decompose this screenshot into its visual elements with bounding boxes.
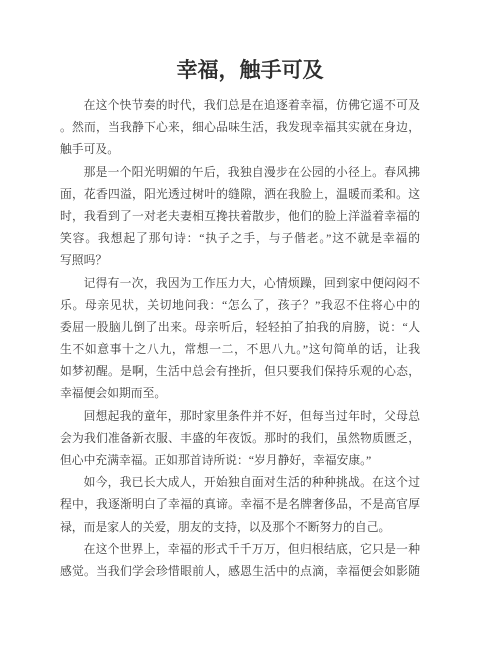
document-body: 在这个快节奏的时代，我们总是在追逐着幸福，仿佛它遥不可及。然而，当我静下心来，细…	[60, 94, 420, 582]
text-line: 禄，而是家人的关爱，朋友的支持，以及那个不断努力的自己。	[60, 516, 420, 538]
text-line: 生不如意事十之八九，常想一二，不思八九。”这句简单的话，让我	[60, 338, 420, 360]
text-line: 幸福便会如期而至。	[60, 382, 420, 404]
text-line: 感觉。当我们学会珍惜眼前人，感恩生活中的点滴，幸福便会如影随	[60, 560, 420, 582]
text-line: 那是一个阳光明媚的午后，我独自漫步在公园的小径上。春风拂	[60, 161, 420, 183]
text-line: 记得有一次，我因为工作压力大，心情烦躁，回到家中便闷闷不	[60, 272, 420, 294]
text-line: 写照吗？	[60, 249, 420, 271]
paragraph: 记得有一次，我因为工作压力大，心情烦躁，回到家中便闷闷不乐。母亲见状，关切地问我…	[60, 272, 420, 405]
text-line: 触手可及。	[60, 138, 420, 160]
text-line: 程中，我逐渐明白了幸福的真谛。幸福不是名牌奢侈品，不是高官厚	[60, 493, 420, 515]
document-title: 幸福，触手可及	[0, 56, 500, 84]
text-line: 回想起我的童年，那时家里条件并不好，但每当过年时，父母总	[60, 405, 420, 427]
text-line: 但心中充满幸福。正如那首诗所说：“岁月静好，幸福安康。”	[60, 449, 420, 471]
text-line: 面，花香四溢，阳光透过树叶的缝隙，洒在我脸上，温暖而柔和。这	[60, 183, 420, 205]
text-line: 在这个快节奏的时代，我们总是在追逐着幸福，仿佛它遥不可及	[60, 94, 420, 116]
text-line: 在这个世界上，幸福的形式千千万万，但归根结底，它只是一种	[60, 538, 420, 560]
text-line: 如今，我已长大成人，开始独自面对生活的种种挑战。在这个过	[60, 471, 420, 493]
text-line: 。然而，当我静下心来，细心品味生活，我发现幸福其实就在身边，	[60, 116, 420, 138]
paragraph: 在这个快节奏的时代，我们总是在追逐着幸福，仿佛它遥不可及。然而，当我静下心来，细…	[60, 94, 420, 161]
paragraph: 在这个世界上，幸福的形式千千万万，但归根结底，它只是一种感觉。当我们学会珍惜眼前…	[60, 538, 420, 582]
paragraph: 如今，我已长大成人，开始独自面对生活的种种挑战。在这个过程中，我逐渐明白了幸福的…	[60, 471, 420, 538]
text-line: 笑容。我想起了那句诗：“执子之手，与子偕老。”这不就是幸福的	[60, 227, 420, 249]
text-line: 如梦初醒。是啊，生活中总会有挫折，但只要我们保持乐观的心态，	[60, 360, 420, 382]
paragraph: 那是一个阳光明媚的午后，我独自漫步在公园的小径上。春风拂面，花香四溢，阳光透过树…	[60, 161, 420, 272]
document-page: 幸福，触手可及 在这个快节奏的时代，我们总是在追逐着幸福，仿佛它遥不可及。然而，…	[0, 0, 500, 647]
text-line: 乐。母亲见状，关切地问我：“怎么了，孩子？”我忍不住将心中的	[60, 294, 420, 316]
text-line: 时，我看到了一对老夫妻相互搀扶着散步，他们的脸上洋溢着幸福的	[60, 205, 420, 227]
text-line: 会为我们准备新衣服、丰盛的年夜饭。那时的我们，虽然物质匮乏，	[60, 427, 420, 449]
paragraph: 回想起我的童年，那时家里条件并不好，但每当过年时，父母总会为我们准备新衣服、丰盛…	[60, 405, 420, 472]
text-line: 委屈一股脑儿倒了出来。母亲听后，轻轻拍了拍我的肩膀，说：“人	[60, 316, 420, 338]
